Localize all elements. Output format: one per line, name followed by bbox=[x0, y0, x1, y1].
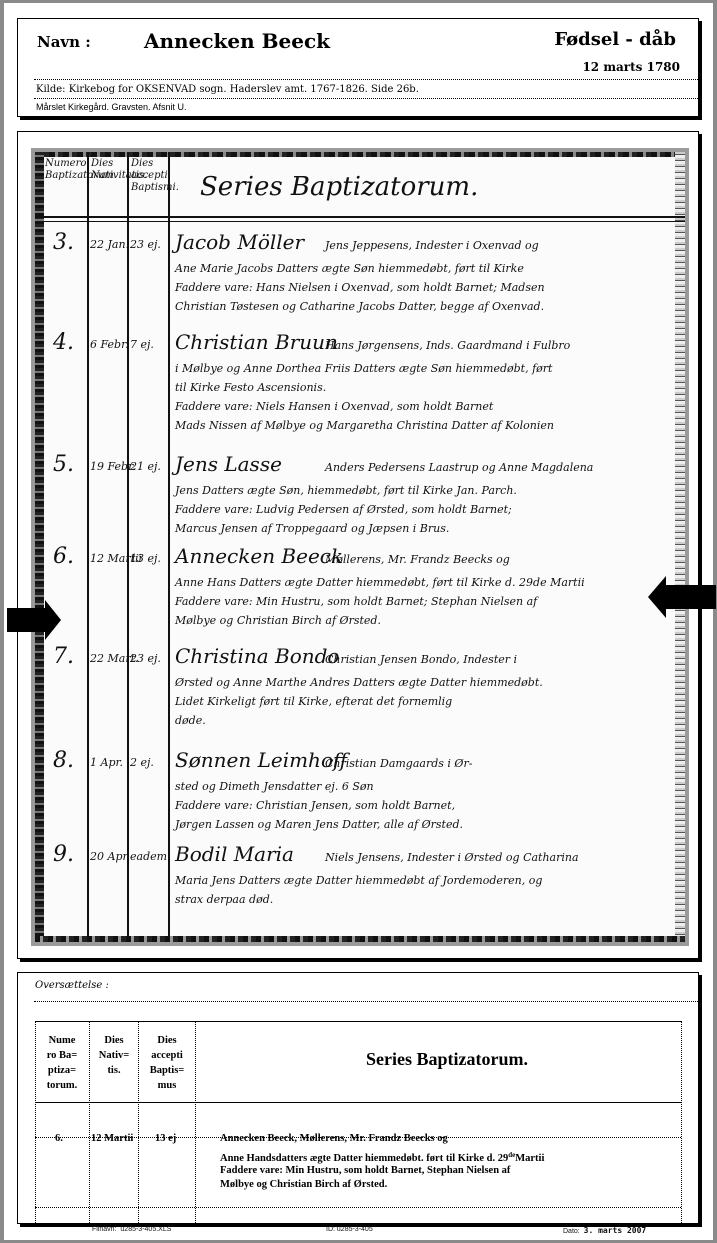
scan-entry-line: Faddere vare: Niels Hansen i Oxenvad, so… bbox=[175, 399, 493, 414]
scan-col-label: Dies accepti Baptismi. bbox=[131, 158, 168, 194]
scan-entry-born: 6 Febr. bbox=[90, 338, 129, 351]
scan-header-rule bbox=[35, 221, 685, 222]
scan-entry-line: Jens Jeppesens, Indester i Oxenvad og bbox=[325, 238, 539, 253]
column-header-nativitatis: Dies Nativ= tis. bbox=[91, 1033, 137, 1078]
arrow-left-icon bbox=[648, 576, 666, 618]
scan-entry-line: Faddere vare: Christian Jensen, som hold… bbox=[175, 798, 455, 813]
scan-entry-line: Hans Jørgensens, Inds. Gaardmand i Fulbr… bbox=[325, 338, 570, 353]
scan-entry-line: Christian Jensen Bondo, Indester i bbox=[325, 652, 517, 667]
scan-entry-number: 8. bbox=[53, 748, 74, 773]
scan-entry-line: Faddere vare: Ludvig Pedersen af Ørsted,… bbox=[175, 502, 512, 517]
scan-entry-line: Maria Jens Datters ægte Datter hiemmedøb… bbox=[175, 873, 542, 888]
scan-entry-name: Bodil Maria bbox=[175, 842, 294, 866]
scan-entry-baptized: 13 ej. bbox=[130, 552, 161, 565]
scan-entry-number: 6. bbox=[53, 544, 74, 569]
scan-panel: Numero Baptizatorum. Dies Nativitatis. D… bbox=[17, 131, 699, 959]
table-col-rule bbox=[89, 1021, 90, 1223]
scan-entry-line: i Mølbye og Anne Dorthea Friis Datters æ… bbox=[175, 361, 552, 376]
scan-entry-line: til Kirke Festo Ascensionis. bbox=[175, 380, 326, 395]
scan-entry-line: Jørgen Lassen og Maren Jens Datter, alle… bbox=[175, 817, 463, 832]
scan-entry-line: Christian Tøstesen og Catharine Jacobs D… bbox=[175, 299, 544, 314]
scan-entry-baptized: 21 ej. bbox=[130, 460, 161, 473]
scan-entry-baptized: 7 ej. bbox=[130, 338, 154, 351]
table-rule bbox=[35, 1207, 681, 1208]
column-header-baptismus: Dies accepti Baptis= mus bbox=[140, 1033, 194, 1093]
scan-entry-baptized: 2 ej. bbox=[130, 756, 154, 769]
name-label: Navn : bbox=[37, 33, 91, 51]
record-header: Navn : Annecken Beeck Fødsel - dåb 12 ma… bbox=[17, 18, 699, 117]
source-text: Kilde: Kirkebog for OKSENVAD sogn. Hader… bbox=[36, 84, 419, 95]
scan-entry-line: Lidet Kirkeligt ført til Kirke, efterat … bbox=[175, 694, 452, 709]
scan-entry-born: 1 Apr. bbox=[90, 756, 123, 769]
scan-entry-number: 7. bbox=[53, 644, 74, 669]
scan-entry-line: strax derpaa død. bbox=[175, 892, 273, 907]
arrow-right-icon bbox=[7, 608, 47, 632]
scan-entry-name: Annecken Beeck bbox=[175, 544, 343, 568]
location-text: Mårslet Kirkegård. Gravsten. Afsnit U. bbox=[36, 102, 187, 112]
footer-id: ID: u285-3-405 bbox=[326, 1226, 373, 1233]
church-book-scan: Numero Baptizatorum. Dies Nativitatis. D… bbox=[31, 148, 689, 946]
arrow-right-icon bbox=[45, 600, 61, 640]
scan-entry-born: 20 Apr. bbox=[90, 850, 130, 863]
cell-number: 6. bbox=[55, 1133, 63, 1144]
scan-col-label: Dies Nativitatis. bbox=[91, 158, 127, 182]
scan-edge bbox=[35, 152, 44, 942]
scan-entry-line: Christian Damgaards i Ør- bbox=[325, 756, 472, 771]
table-col-rule bbox=[138, 1021, 139, 1223]
scan-entry-line: sted og Dimeth Jensdatter ej. 6 Søn bbox=[175, 779, 374, 794]
scan-entry-line: døde. bbox=[175, 713, 206, 728]
scan-entry-baptized: eadem bbox=[130, 850, 167, 863]
scan-entry-name: Christian Bruun bbox=[175, 330, 338, 354]
scan-col-label: Numero Baptizatorum. bbox=[45, 158, 87, 182]
scan-entry-line: Niels Jensens, Indester i Ørsted og Cath… bbox=[325, 850, 579, 865]
scan-entry-name: Christina Bondo bbox=[175, 644, 339, 668]
scan-entry-line: Faddere vare: Hans Nielsen i Oxenvad, so… bbox=[175, 280, 545, 295]
scan-entry-name: Jacob Möller bbox=[175, 230, 304, 254]
cell-entry-text: Annecken Beeck, Møllerens, Mr. Frandz Be… bbox=[220, 1133, 544, 1191]
scan-column-rule bbox=[87, 152, 89, 942]
divider bbox=[34, 79, 698, 80]
translation-table: Nume ro Ba= ptiza= torum. Dies Nativ= ti… bbox=[35, 1021, 681, 1223]
person-name: Annecken Beeck bbox=[144, 29, 330, 53]
scan-column-rule bbox=[127, 152, 129, 942]
scan-entry-line: Anne Hans Datters ægte Datter hiemmedøbt… bbox=[175, 575, 585, 590]
scan-entry-line: Mads Nissen af Mølbye og Margaretha Chri… bbox=[175, 418, 554, 433]
scan-entry-line: Marcus Jensen af Troppegaard og Jæpsen i… bbox=[175, 521, 449, 536]
scan-entry-number: 9. bbox=[53, 842, 74, 867]
scan-header-rule bbox=[35, 216, 685, 218]
scan-entry-number: 3. bbox=[53, 230, 74, 255]
column-header-numero: Nume ro Ba= ptiza= torum. bbox=[37, 1033, 87, 1093]
translation-label: Oversættelse : bbox=[35, 980, 109, 991]
scan-entry-line: Møllerens, Mr. Frandz Beecks og bbox=[325, 552, 510, 567]
scan-entry-line: Ørsted og Anne Marthe Andres Datters ægt… bbox=[175, 675, 543, 690]
arrow-left-icon bbox=[666, 585, 716, 609]
scan-edge bbox=[675, 152, 685, 942]
table-col-rule bbox=[681, 1021, 682, 1223]
footer-filename: Filnavn: u285-3-405.XLS bbox=[92, 1226, 171, 1233]
table-col-rule bbox=[195, 1021, 196, 1223]
table-rule bbox=[35, 1102, 681, 1103]
table-title: Series Baptizatorum. bbox=[213, 1049, 681, 1070]
scan-entry-line: Jens Datters ægte Søn, hiemmedøbt, ført … bbox=[175, 483, 517, 498]
scan-entry-born: 22 Jan. bbox=[90, 238, 129, 251]
scan-entry-name: Jens Lasse bbox=[175, 452, 282, 476]
scan-entry-baptized: 23 ej. bbox=[130, 238, 161, 251]
scan-entry-line: Faddere vare: Min Hustru, som holdt Barn… bbox=[175, 594, 537, 609]
cell-born: 12 Martii bbox=[91, 1133, 133, 1144]
scan-title: Series Baptizatorum. bbox=[200, 172, 478, 202]
scan-entry-line: Ane Marie Jacobs Datters ægte Søn hiemme… bbox=[175, 261, 524, 276]
table-rule bbox=[35, 1021, 681, 1022]
record-date: 12 marts 1780 bbox=[582, 60, 680, 74]
scan-entry-line: Mølbye og Christian Birch af Ørsted. bbox=[175, 613, 381, 628]
scan-entry-born: 19 Febr. bbox=[90, 460, 136, 473]
scan-entry-baptized: 23 ej. bbox=[130, 652, 161, 665]
footer-date: Dato: 3. marts 2007 bbox=[563, 1226, 646, 1235]
scan-entry-line: Anders Pedersens Laastrup og Anne Magdal… bbox=[325, 460, 593, 475]
scan-entry-number: 5. bbox=[53, 452, 74, 477]
divider bbox=[34, 98, 698, 99]
scan-entry-number: 4. bbox=[53, 330, 74, 355]
record-type: Fødsel - dåb bbox=[554, 29, 676, 50]
scan-entry-name: Sønnen Leimhoff bbox=[175, 748, 347, 772]
table-col-rule bbox=[35, 1021, 36, 1223]
scan-edge bbox=[35, 936, 685, 942]
scan-edge bbox=[35, 152, 685, 157]
cell-baptized: 13 ej bbox=[155, 1133, 176, 1144]
translation-panel: Oversættelse : Nume ro Ba= ptiza= torum.… bbox=[17, 972, 699, 1224]
scan-column-rule bbox=[168, 152, 170, 942]
divider bbox=[34, 1001, 698, 1002]
